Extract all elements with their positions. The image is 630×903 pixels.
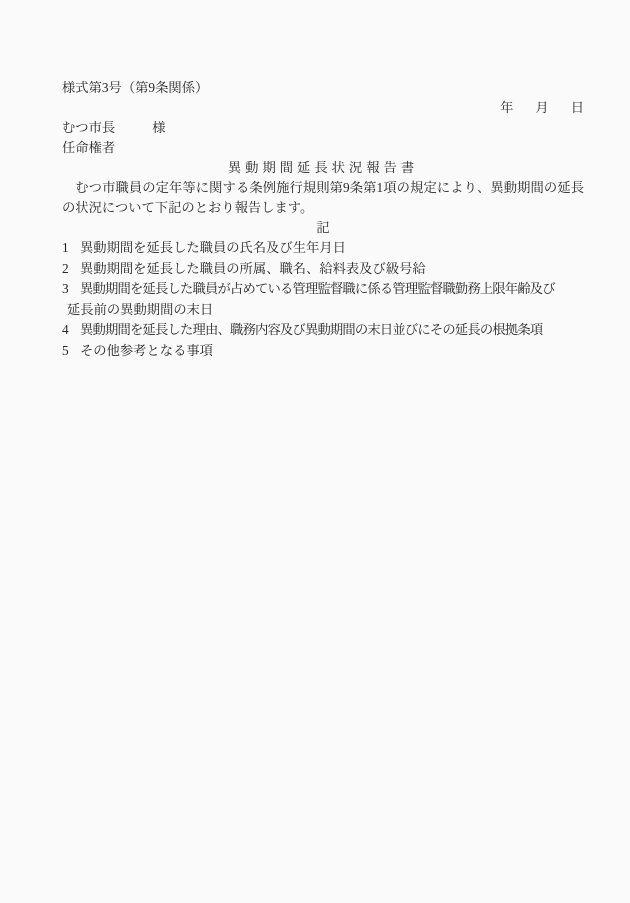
item-text: 異動期間を延長した職員の所属、職名、給料表及び級号給 xyxy=(80,261,426,276)
item-text: 異動期間を延長した職員の氏名及び生年月日 xyxy=(80,240,346,255)
document-title: 異動期間延長状況報告書 xyxy=(62,158,584,178)
note-marker: 記 xyxy=(62,218,584,238)
date-line: 年月日 xyxy=(62,98,584,118)
body-paragraph: むつ市職員の定年等に関する条例施行規則第9条第1項の規定により、異動期間の延長の… xyxy=(62,178,584,218)
item-number: 3 xyxy=(62,279,80,300)
date-day-label: 日 xyxy=(571,100,584,115)
item-text-continuation: 延長前の異動期間の末日 xyxy=(67,300,584,321)
list-item: 4異動期間を延長した理由、職務内容及び異動期間の末日並びにその延長の根拠条項 xyxy=(62,320,584,341)
item-number: 2 xyxy=(62,259,80,280)
item-text: その他参考となる事項 xyxy=(80,343,213,358)
item-number: 5 xyxy=(62,341,80,362)
document-page: 様式第3号（第9条関係） 年月日 むつ市長様 任命権者 異動期間延長状況報告書 … xyxy=(0,0,630,903)
list-item: 3異動期間を延長した職員が占めている管理監督職に係る管理監督職勤務上限年齢及び … xyxy=(62,279,584,320)
list-item: 5その他参考となる事項 xyxy=(62,341,584,362)
addressee-honorific: 様 xyxy=(152,120,165,135)
addressee-line: むつ市長様 xyxy=(62,118,584,138)
addressee-name: むつ市長 xyxy=(62,120,115,135)
item-number: 1 xyxy=(62,238,80,259)
item-number: 4 xyxy=(62,320,80,341)
form-number: 様式第3号（第9条関係） xyxy=(62,78,584,98)
date-year-label: 年 xyxy=(500,100,513,115)
appointer-label: 任命権者 xyxy=(62,138,584,158)
date-month-label: 月 xyxy=(535,100,548,115)
item-list: 1異動期間を延長した職員の氏名及び生年月日 2異動期間を延長した職員の所属、職名… xyxy=(62,238,584,361)
list-item: 1異動期間を延長した職員の氏名及び生年月日 xyxy=(62,238,584,259)
item-text: 異動期間を延長した職員が占めている管理監督職に係る管理監督職勤務上限年齢及び xyxy=(80,281,555,296)
list-item: 2異動期間を延長した職員の所属、職名、給料表及び級号給 xyxy=(62,259,584,280)
item-text: 異動期間を延長した理由、職務内容及び異動期間の末日並びにその延長の根拠条項 xyxy=(80,322,542,337)
